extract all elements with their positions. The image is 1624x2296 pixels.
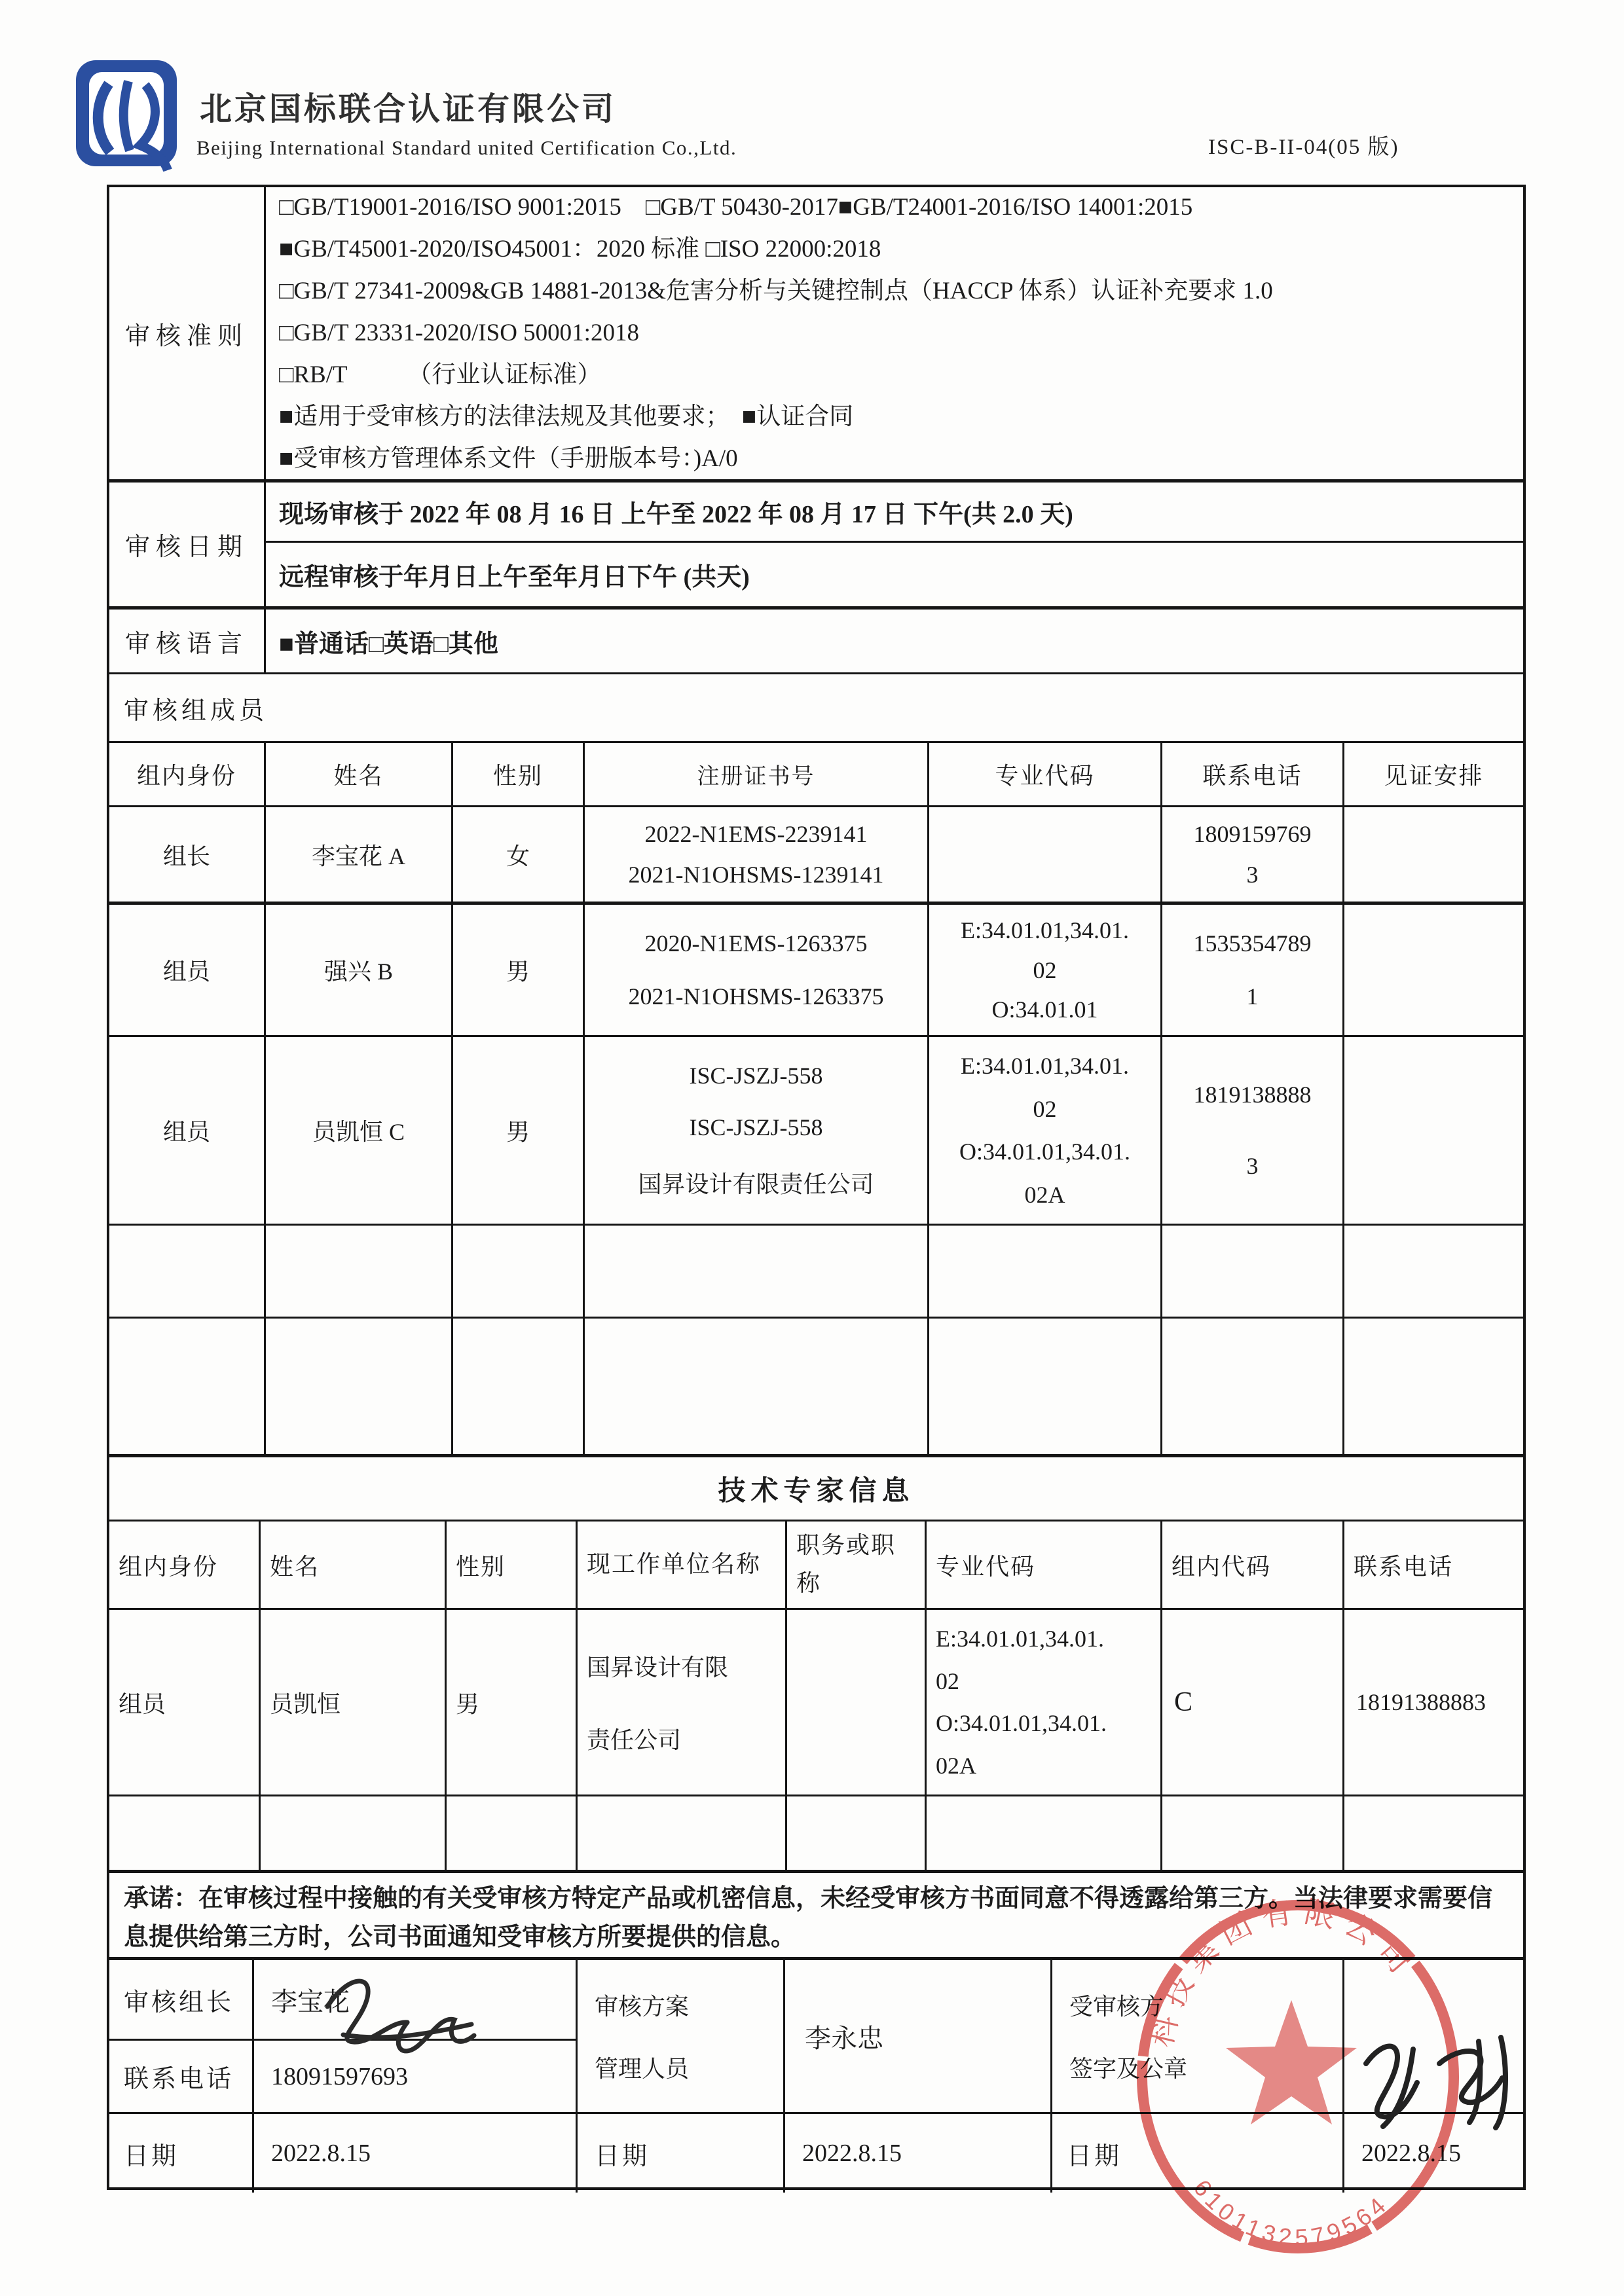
- expert-section-title: 技术专家信息: [109, 1457, 1523, 1520]
- auditee-label: 受审核方 签字及公章: [1052, 1960, 1344, 2112]
- expert-team-code: C: [1162, 1610, 1344, 1795]
- col-header-role: 组内身份: [109, 743, 266, 805]
- member-codes: [929, 807, 1162, 902]
- member-phone: 1809159769 3: [1162, 807, 1344, 902]
- member-witness: [1344, 1037, 1523, 1224]
- criteria-line: □GB/T 23331-2020/ISO 50001:2018: [279, 312, 639, 354]
- criteria-content: □GB/T19001-2016/ISO 9001:2015 □GB/T 5043…: [266, 187, 1523, 479]
- onsite-audit-dates: 现场审核于 2022 年 08 月 16 日 上午至 2022 年 08 月 1…: [266, 483, 1523, 543]
- expert-row: 组员 员凯恒 男 国昇设计有限 责任公司 E:34.01.01,34.01. 0…: [109, 1610, 1523, 1796]
- audit-dates-row: 审核日期 现场审核于 2022 年 08 月 16 日 上午至 2022 年 0…: [109, 483, 1523, 610]
- col-header-name: 姓名: [266, 743, 453, 805]
- expert-gender: 男: [447, 1610, 578, 1795]
- expert-codes: E:34.01.01,34.01. 02 O:34.01.01,34.01. 0…: [927, 1610, 1162, 1795]
- team-member-row-empty: [109, 1319, 1523, 1457]
- member-role: 组员: [109, 1037, 266, 1224]
- form-table: 审核准则 □GB/T19001-2016/ISO 9001:2015 □GB/T…: [107, 185, 1526, 2190]
- expert-job-title: [787, 1610, 927, 1795]
- member-name: 李宝花 A: [266, 807, 453, 902]
- company-name-en: Beijing International Standard united Ce…: [196, 136, 737, 160]
- leader-name: 李宝花: [254, 1960, 576, 2041]
- member-witness: [1344, 807, 1523, 902]
- criteria-line: □RB/T （行业认证标准）: [279, 354, 601, 396]
- team-member-row: 组长 李宝花 A 女 2022-N1EMS-2239141 2021-N1OHS…: [109, 807, 1523, 905]
- member-gender: 女: [453, 807, 585, 902]
- leader-label: 审核组长: [109, 1960, 252, 2041]
- col-header-phone: 联系电话: [1344, 1522, 1523, 1608]
- criteria-line: ■GB/T45001-2020/ISO45001：2020 标准 □ISO 22…: [279, 228, 881, 270]
- col-header-employer: 现工作单位名称: [578, 1522, 787, 1608]
- company-name-cn: 北京国标联合认证有限公司: [200, 84, 616, 130]
- date-label: 日期: [578, 2114, 785, 2193]
- member-codes: E:34.01.01,34.01. 02 O:34.01.01: [929, 905, 1162, 1035]
- team-member-row-empty: [109, 1226, 1523, 1319]
- criteria-label: 审核准则: [109, 187, 266, 479]
- remote-audit-dates: 远程审核于年月日上午至年月日下午 (共天): [266, 543, 1523, 606]
- expert-header-row: 组内身份 姓名 性别 现工作单位名称 职务或职称 专业代码 组内代码 联系电话: [109, 1522, 1523, 1610]
- audit-language-row: 审核语言 ■普通话□英语□其他: [109, 610, 1523, 674]
- member-cert: 2022-N1EMS-2239141 2021-N1OHSMS-1239141: [585, 807, 929, 902]
- col-header-title: 职务或职称: [787, 1522, 927, 1608]
- phone-label: 联系电话: [109, 2041, 252, 2112]
- manager-label: 审核方案 管理人员: [578, 1960, 785, 2112]
- col-header-witness: 见证安排: [1344, 743, 1523, 805]
- expert-section-row: 技术专家信息: [109, 1457, 1523, 1522]
- team-section-label: 审核组成员: [109, 674, 1523, 741]
- member-role: 组长: [109, 807, 266, 902]
- member-role: 组员: [109, 905, 266, 1035]
- team-section-row: 审核组成员: [109, 674, 1523, 743]
- audit-dates-label: 审核日期: [109, 483, 266, 606]
- date-label: 日期: [109, 2114, 254, 2193]
- col-header-gender: 性别: [453, 743, 585, 805]
- scanned-audit-form-page: 北京国标联合认证有限公司 Beijing International Stand…: [0, 0, 1624, 2296]
- expert-role: 组员: [109, 1610, 261, 1795]
- document-code: ISC-B-II-04(05 版): [1208, 130, 1399, 160]
- criteria-line: ■受审核方管理体系文件（手册版本号：)A/0: [279, 438, 738, 479]
- team-member-row: 组员 强兴 B 男 2020-N1EMS-1263375 2021-N1OHSM…: [109, 905, 1523, 1037]
- audit-language-label: 审核语言: [109, 610, 266, 672]
- commitment-text: 承诺：在审核过程中接触的有关受审核方特定产品或机密信息，未经受审核方书面同意不得…: [109, 1873, 1523, 1957]
- commitment-row: 承诺：在审核过程中接触的有关受审核方特定产品或机密信息，未经受审核方书面同意不得…: [109, 1873, 1523, 1960]
- member-codes: E:34.01.01,34.01. 02 O:34.01.01,34.01. 0…: [929, 1037, 1162, 1224]
- member-cert: ISC-JSZJ-558 ISC-JSZJ-558 国昇设计有限责任公司: [585, 1037, 929, 1224]
- auditee-signature-area: [1344, 1960, 1523, 2112]
- date-value: 2022.8.15: [1344, 2114, 1523, 2193]
- company-logo: [73, 58, 190, 174]
- col-header-name: 姓名: [261, 1522, 447, 1608]
- col-header-codes: 专业代码: [929, 743, 1162, 805]
- criteria-line: □GB/T 27341-2009&GB 14881-2013&危害分析与关键控制…: [279, 270, 1273, 312]
- date-row: 日期 2022.8.15 日期 2022.8.15 日期 2022.8.15: [109, 2114, 1523, 2193]
- team-member-row: 组员 员凯恒 C 男 ISC-JSZJ-558 ISC-JSZJ-558 国昇设…: [109, 1037, 1523, 1226]
- member-witness: [1344, 905, 1523, 1035]
- expert-employer: 国昇设计有限 责任公司: [578, 1610, 787, 1795]
- col-header-cert: 注册证书号: [585, 743, 929, 805]
- member-gender: 男: [453, 905, 585, 1035]
- criteria-line: ■适用于受审核方的法律法规及其他要求； ■认证合同: [279, 396, 853, 438]
- col-header-teamcode: 组内代码: [1162, 1522, 1344, 1608]
- expert-phone: 18191388883: [1344, 1610, 1523, 1795]
- member-gender: 男: [453, 1037, 585, 1224]
- leader-phone: 18091597693: [254, 2041, 576, 2112]
- manager-name: 李永忠: [785, 1960, 1052, 2112]
- audit-language-value: ■普通话□英语□其他: [266, 610, 1523, 672]
- expert-row-empty: [109, 1796, 1523, 1873]
- col-header-gender: 性别: [447, 1522, 578, 1608]
- expert-name: 员凯恒: [261, 1610, 447, 1795]
- col-header-codes: 专业代码: [927, 1522, 1162, 1608]
- date-value: 2022.8.15: [785, 2114, 1052, 2193]
- team-header-row: 组内身份 姓名 性别 注册证书号 专业代码 联系电话 见证安排: [109, 743, 1523, 807]
- member-phone: 1819138888 3: [1162, 1037, 1344, 1224]
- signature-block: 审核组长 联系电话 李宝花 18091597693 审核方案 管理人员 李永忠 …: [109, 1960, 1523, 2114]
- date-value: 2022.8.15: [254, 2114, 578, 2193]
- member-phone: 1535354789 1: [1162, 905, 1344, 1035]
- member-cert: 2020-N1EMS-1263375 2021-N1OHSMS-1263375: [585, 905, 929, 1035]
- col-header-phone: 联系电话: [1162, 743, 1344, 805]
- criteria-line: □GB/T19001-2016/ISO 9001:2015 □GB/T 5043…: [279, 187, 1192, 228]
- member-name: 强兴 B: [266, 905, 453, 1035]
- date-label: 日期: [1052, 2114, 1344, 2193]
- criteria-row: 审核准则 □GB/T19001-2016/ISO 9001:2015 □GB/T…: [109, 187, 1523, 483]
- col-header-role: 组内身份: [109, 1522, 261, 1608]
- member-name: 员凯恒 C: [266, 1037, 453, 1224]
